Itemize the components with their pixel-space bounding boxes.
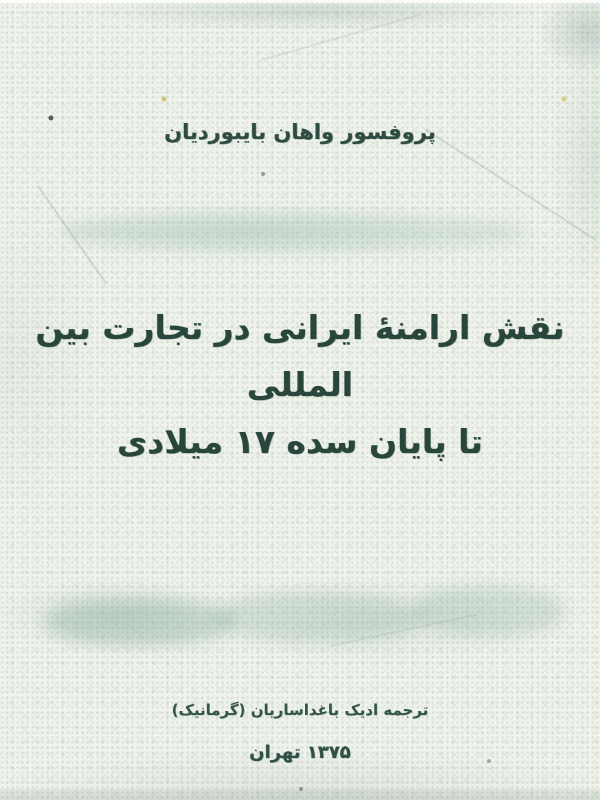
translator-credit: ترجمه ادیک باغداساریان (گرمانیک) (0, 701, 600, 719)
book-title: نقش ارامنهٔ ایرانی در تجارت بین المللی ت… (0, 299, 600, 470)
scan-edge-highlight (0, 0, 600, 3)
ghost-showthrough-blob-right (415, 585, 565, 637)
ghost-showthrough-blob-center (215, 592, 425, 642)
imprint-year-city: ۱۳۷۵ تهران (0, 742, 600, 763)
paper-crease (425, 128, 598, 241)
paper-crease (258, 13, 422, 61)
book-title-line2: تا پایان سده ۱۷ میلادی (0, 413, 600, 470)
author-name: پروفسور واهان بایبوردیان (0, 120, 600, 144)
ghost-showthrough-band-upper (60, 214, 530, 250)
paper-crease (37, 185, 107, 284)
ink-specks (0, 0, 2, 2)
ghost-showthrough-blob-left (45, 598, 235, 646)
scan-edge-shadow (0, 789, 600, 800)
scanned-book-title-page: پروفسور واهان بایبوردیان نقش ارامنهٔ ایر… (0, 0, 600, 800)
book-title-line1: نقش ارامنهٔ ایرانی در تجارت بین المللی (0, 299, 600, 413)
paper-crease (330, 614, 477, 647)
